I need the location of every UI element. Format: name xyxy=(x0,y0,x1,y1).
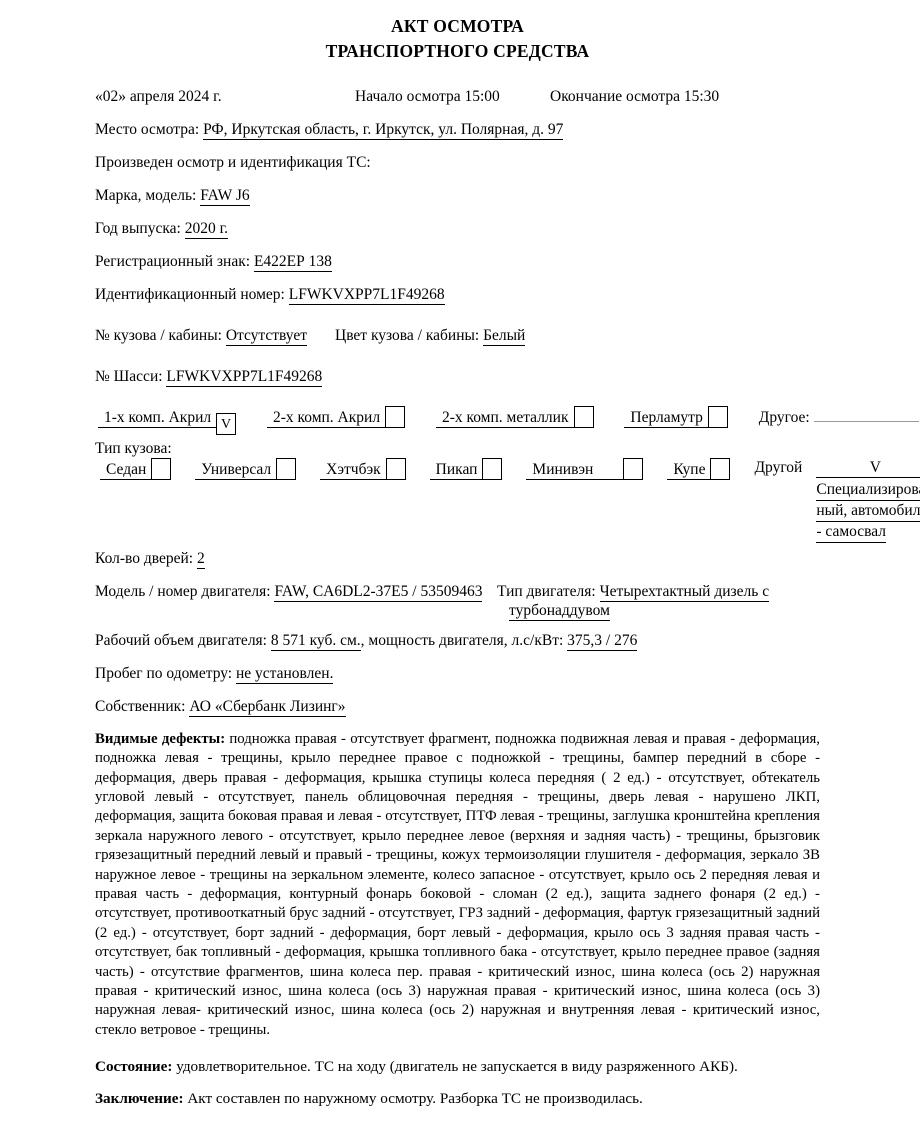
intro-row: Произведен осмотр и идентификация ТС: xyxy=(95,153,820,172)
registration-value: Е422ЕР 138 xyxy=(254,253,332,272)
engine-volume-row: Рабочий объем двигателя: 8 571 куб. см.,… xyxy=(95,631,820,650)
body-type-section-label: Тип кузова: xyxy=(95,439,820,458)
conclusion-paragraph: Заключение: Акт составлен по наружному о… xyxy=(95,1089,820,1108)
body-type-other-line: - самосвал xyxy=(816,522,886,543)
document-page: АКТ ОСМОТРА ТРАНСПОРТНОГО СРЕДСТВА «02» … xyxy=(0,0,920,1126)
body-type-title: Тип кузова: xyxy=(95,440,172,457)
inspection-date: «02» апреля 2024 г. xyxy=(95,87,355,106)
body-type-other-line: Специализирован xyxy=(816,480,920,501)
body-type-option-label: Минивэн xyxy=(526,461,623,480)
doors-value: 2 xyxy=(197,550,205,569)
engine-model-pair: Модель / номер двигателя: FAW, CA6DL2-37… xyxy=(95,582,497,620)
paint-option-label: Перламутр xyxy=(624,409,708,428)
body-type-other-line: ный, автомобиль xyxy=(816,501,920,522)
vin-value: LFWKVXPP7L1F49268 xyxy=(289,286,445,305)
body-type-row: Седан Универсал Хэтчбэк Пикап Минивэн Ку… xyxy=(100,458,820,543)
condition-label: Состояние: xyxy=(95,1058,172,1075)
doors-row: Кол-во дверей: 2 xyxy=(95,549,820,568)
paint-option-pearl: Перламутр xyxy=(624,409,728,426)
vin-label: Идентификационный номер: xyxy=(95,286,285,303)
paint-checkbox-pearl xyxy=(708,406,728,428)
odometer-label: Пробег по одометру: xyxy=(95,665,232,682)
place-label: Место осмотра: xyxy=(95,121,199,138)
condition-text: удовлетворительное. ТС на ходу (двигател… xyxy=(176,1058,738,1075)
odometer-row: Пробег по одометру: не установлен. xyxy=(95,664,820,683)
paint-option-label: 1-х комп. Акрил xyxy=(98,409,216,428)
engine-power-label: , мощность двигателя, л.с/кВт: xyxy=(361,632,564,649)
color-label: Цвет кузова / кабины: xyxy=(335,327,479,344)
paint-option-label: 2-х комп. металлик xyxy=(436,409,574,428)
engine-volume-label: Рабочий объем двигателя: xyxy=(95,632,267,649)
body-type-other-label: Другой xyxy=(754,458,802,477)
title-line-1: АКТ ОСМОТРА xyxy=(95,14,820,39)
year-value: 2020 г. xyxy=(185,220,228,239)
conclusion-text: Акт составлен по наружному осмотру. Разб… xyxy=(187,1090,642,1107)
paint-option-label: 2-х комп. Акрил xyxy=(267,409,385,428)
make-row: Марка, модель: FAW J6 xyxy=(95,186,820,205)
body-number-row: № кузова / кабины: Отсутствует Цвет кузо… xyxy=(95,326,820,345)
paint-option-metallic-2k: 2-х комп. металлик xyxy=(436,409,594,426)
defects-paragraph: Видимые дефекты: подножка правая - отсут… xyxy=(95,730,820,1041)
registration-label: Регистрационный знак: xyxy=(95,253,250,270)
paint-checkbox-acrylic-1k: V xyxy=(216,413,236,435)
defects-text: подножка правая - отсутствует фрагмент, … xyxy=(95,731,820,1038)
place-value: РФ, Иркутская область, г. Иркутск, ул. П… xyxy=(203,121,563,140)
color-value: Белый xyxy=(483,327,525,346)
owner-row: Собственник: АО «Сбербанк Лизинг» xyxy=(95,697,820,716)
body-type-checkbox-wagon xyxy=(276,458,296,480)
doors-label: Кол-во дверей: xyxy=(95,550,193,567)
engine-model-label: Модель / номер двигателя: xyxy=(95,583,271,600)
registration-row: Регистрационный знак: Е422ЕР 138 xyxy=(95,252,820,271)
defects-label: Видимые дефекты: xyxy=(95,731,225,747)
conclusion-label: Заключение: xyxy=(95,1090,184,1107)
body-type-other-value: V Специализирован ный, автомобиль - само… xyxy=(816,458,920,543)
make-label: Марка, модель: xyxy=(95,187,196,204)
paint-other-label: Другое: xyxy=(759,409,810,426)
chassis-label: № Шасси: xyxy=(95,368,163,385)
chassis-value: LFWKVXPP7L1F49268 xyxy=(166,368,322,387)
owner-label: Собственник: xyxy=(95,698,185,715)
year-label: Год выпуска: xyxy=(95,220,181,237)
owner-value: АО «Сбербанк Лизинг» xyxy=(189,698,345,717)
place-row: Место осмотра: РФ, Иркутская область, г.… xyxy=(95,120,820,139)
document-title: АКТ ОСМОТРА ТРАНСПОРТНОГО СРЕДСТВА xyxy=(95,14,820,65)
body-type-option-pickup: Пикап xyxy=(430,458,503,480)
inspection-end-time: Окончание осмотра 15:30 xyxy=(550,87,719,106)
body-type-checkbox-hatchback xyxy=(386,458,406,480)
make-value: FAW J6 xyxy=(200,187,249,206)
body-type-checkbox-coupe xyxy=(710,458,730,480)
chassis-row: № Шасси: LFWKVXPP7L1F49268 xyxy=(95,367,820,386)
engine-model-value: FAW, CA6DL2-37E5 / 53509463 xyxy=(274,583,482,602)
body-number-pair: № кузова / кабины: Отсутствует xyxy=(95,326,335,345)
engine-type-label: Тип двигателя: xyxy=(497,583,596,600)
body-type-option-label: Купе xyxy=(667,461,710,480)
paint-option-acrylic-2k: 2-х комп. Акрил xyxy=(267,409,405,426)
intro-text: Произведен осмотр и идентификация ТС: xyxy=(95,154,371,171)
paint-checkbox-acrylic-2k xyxy=(385,406,405,428)
body-type-checkbox-pickup xyxy=(482,458,502,480)
paint-other-blank-line xyxy=(814,407,919,422)
paint-checkbox-metallic-2k xyxy=(574,406,594,428)
body-type-option-label: Универсал xyxy=(195,461,276,480)
engine-type-pair: Тип двигателя: Четырехтактный дизель с т… xyxy=(497,582,775,620)
body-type-option-sedan: Седан xyxy=(100,458,171,480)
body-type-option-label: Седан xyxy=(100,461,151,480)
paint-option-acrylic-1k: 1-х комп. АкрилV xyxy=(98,409,236,426)
checkbox-mark: V xyxy=(221,417,231,432)
year-row: Год выпуска: 2020 г. xyxy=(95,219,820,238)
body-type-option-coupe: Купе xyxy=(667,458,730,480)
engine-volume-value: 8 571 куб. см. xyxy=(271,632,361,651)
engine-row: Модель / номер двигателя: FAW, CA6DL2-37… xyxy=(95,582,820,620)
body-type-option-label: Хэтчбэк xyxy=(320,461,386,480)
paint-type-row: 1-х комп. АкрилV 2-х комп. Акрил 2-х ком… xyxy=(98,406,820,435)
body-type-option-minivan: Минивэн xyxy=(526,458,643,480)
engine-power-value: 375,3 / 276 xyxy=(567,632,637,651)
body-number-value: Отсутствует xyxy=(226,327,307,346)
body-type-checkbox-minivan xyxy=(623,458,643,480)
body-type-option-wagon: Универсал xyxy=(195,458,296,480)
title-line-2: ТРАНСПОРТНОГО СРЕДСТВА xyxy=(95,39,820,64)
vin-row: Идентификационный номер: LFWKVXPP7L1F492… xyxy=(95,285,820,304)
body-type-option-hatchback: Хэтчбэк xyxy=(320,458,406,480)
condition-paragraph: Состояние: удовлетворительное. ТС на ход… xyxy=(95,1057,820,1076)
date-row: «02» апреля 2024 г. Начало осмотра 15:00… xyxy=(95,87,820,106)
body-number-label: № кузова / кабины: xyxy=(95,327,222,344)
body-type-option-label: Пикап xyxy=(430,461,483,480)
body-type-other-mark: V xyxy=(816,458,920,478)
color-pair: Цвет кузова / кабины: Белый xyxy=(335,326,525,345)
body-type-checkbox-sedan xyxy=(151,458,171,480)
inspection-start-time: Начало осмотра 15:00 xyxy=(355,87,550,106)
odometer-value: не установлен. xyxy=(236,665,333,684)
